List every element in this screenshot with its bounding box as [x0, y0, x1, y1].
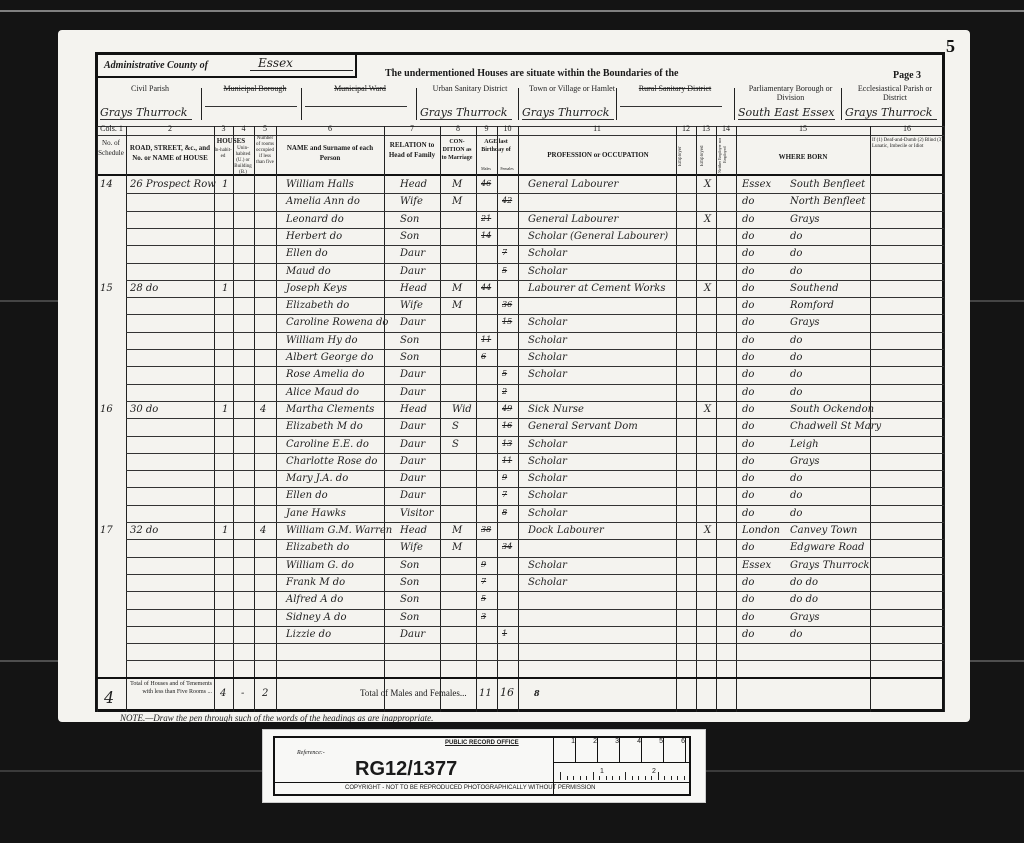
occupation: Scholar — [528, 369, 567, 380]
schedule-number: 17 — [100, 525, 113, 536]
row-divider — [126, 626, 944, 627]
ruler-tick — [580, 776, 581, 780]
district-value — [205, 106, 297, 107]
person-name: Elizabeth do — [286, 542, 349, 553]
district-value: Grays Thurrock — [845, 106, 937, 120]
ruler-cm-mark: 4 — [620, 738, 642, 762]
relation-to-head: Daur — [400, 266, 425, 277]
header-road: ROAD, STREET, &c., and No. or NAME of HO… — [128, 143, 212, 163]
relation-to-head: Daur — [400, 629, 425, 640]
birth-county: do — [742, 300, 754, 311]
row-divider — [126, 453, 944, 454]
birth-place: do — [790, 352, 802, 363]
occupation: General Labourer — [528, 179, 618, 190]
header-schedule: No. of Schedule — [98, 138, 124, 158]
district-value: Grays Thurrock — [522, 106, 614, 120]
birth-place: do — [790, 387, 802, 398]
birth-place: do do — [790, 577, 818, 588]
marital-condition: M — [452, 525, 462, 536]
district-divider — [416, 88, 417, 120]
district-value — [305, 106, 407, 107]
occupation: Dock Labourer — [528, 525, 604, 536]
occupation: Labourer at Cement Works — [528, 283, 665, 294]
district-divider — [616, 88, 617, 120]
relation-to-head: Head — [400, 283, 427, 294]
employed-mark: X — [704, 283, 711, 294]
person-name: Charlotte Rose do — [286, 456, 377, 467]
measurement-ruler: 12345612 — [553, 738, 690, 794]
ruler-tick — [606, 776, 607, 780]
ruler-tick — [593, 772, 594, 780]
ruler-tick — [619, 776, 620, 780]
total-uninhabited: - — [241, 688, 244, 699]
row-divider — [126, 574, 944, 575]
birth-county: do — [742, 594, 754, 605]
header-females: Females — [497, 166, 517, 171]
column-number: 15 — [736, 124, 870, 133]
film-scratch-line — [0, 10, 1024, 12]
ruler-cm-mark: 3 — [598, 738, 620, 762]
birth-county: do — [742, 490, 754, 501]
female-age: 1 — [502, 629, 507, 638]
occupation: Scholar — [528, 352, 567, 363]
header-infirmity: If (1) Deaf-and-Dumb (2) Blind (3) Lunat… — [872, 138, 944, 150]
column-number: 3 — [214, 124, 233, 133]
relation-to-head: Son — [400, 560, 419, 571]
birth-place: Grays — [790, 214, 820, 225]
employed-mark: X — [704, 214, 711, 225]
person-name: Mary J.A. do — [286, 473, 348, 484]
ruler-inch-mark: 1 — [600, 768, 604, 775]
relation-to-head: Daur — [400, 490, 425, 501]
ruler-tick — [671, 776, 672, 780]
person-name: William G.M. Warren — [286, 525, 392, 536]
reference-slip: PUBLIC RECORD OFFICE Reference:- RG12/13… — [262, 729, 706, 803]
row-divider — [126, 384, 944, 385]
header-age: AGE last Birthday of — [476, 138, 516, 154]
district-value: South East Essex — [738, 106, 835, 120]
birth-county: do — [742, 629, 754, 640]
column-number: Cols. 1 — [97, 124, 126, 133]
road-address: 26 Prospect Row — [130, 179, 216, 190]
total-mf-label: Total of Males and Females... — [360, 688, 467, 698]
page-label: Page 3 — [893, 70, 921, 81]
birth-county: do — [742, 421, 754, 432]
birth-place: do — [790, 335, 802, 346]
occupation: Scholar — [528, 473, 567, 484]
person-name: Albert George do — [286, 352, 373, 363]
total-mark: 8 — [534, 688, 540, 698]
instructions-note: NOTE.—Draw the pen through such of the w… — [120, 713, 433, 723]
female-age: 36 — [502, 300, 512, 309]
relation-to-head: Daur — [400, 317, 425, 328]
male-age: 44 — [481, 283, 491, 292]
birth-county: do — [742, 335, 754, 346]
male-age: 11 — [481, 335, 491, 344]
marital-condition: M — [452, 542, 462, 553]
reference-label: Reference:- — [297, 750, 325, 756]
marital-condition: Wid — [452, 404, 472, 415]
district-divider — [518, 88, 519, 120]
birth-county: do — [742, 266, 754, 277]
male-age: 3 — [481, 612, 486, 621]
occupation: Scholar — [528, 317, 567, 328]
birth-place: do — [790, 490, 802, 501]
district-label: Town or Village or Hamlet — [522, 84, 622, 93]
female-age: 2 — [502, 387, 507, 396]
ruler-tick — [599, 776, 600, 780]
district-label: Parliamentary Borough or Division — [738, 84, 843, 102]
column-number: 10 — [497, 124, 518, 133]
row-divider — [126, 366, 944, 367]
person-name: Sidney A do — [286, 612, 346, 623]
schedule-number: 15 — [100, 283, 113, 294]
female-age: 7 — [502, 490, 507, 499]
marital-condition: M — [452, 179, 462, 190]
district-value: Grays Thurrock — [420, 106, 512, 120]
ruler-tick — [658, 772, 659, 780]
birth-place: Edgware Road — [790, 542, 864, 553]
relation-to-head: Son — [400, 352, 419, 363]
person-name: William Halls — [286, 179, 354, 190]
ruler-tick — [560, 772, 561, 780]
person-name: Maud do — [286, 266, 331, 277]
birth-county: do — [742, 542, 754, 553]
person-name: Elizabeth M do — [286, 421, 363, 432]
female-age: 42 — [502, 196, 512, 205]
person-name: Leonard do — [286, 214, 344, 225]
female-age: 5 — [502, 369, 507, 378]
row-divider — [126, 557, 944, 558]
ruler-cm-mark: 5 — [642, 738, 664, 762]
row-divider — [126, 505, 944, 506]
birth-place: do — [790, 473, 802, 484]
header-employer: Employer — [676, 140, 694, 172]
header-rooms: Number of rooms occupied if less than fi… — [255, 136, 275, 166]
column-divider — [944, 126, 945, 712]
male-age: 38 — [481, 525, 491, 534]
person-name: Elizabeth do — [286, 300, 349, 311]
row-divider — [126, 418, 944, 419]
birth-county: do — [742, 577, 754, 588]
female-age: 15 — [502, 317, 512, 326]
ruler-cm-mark: 1 — [554, 738, 576, 762]
birth-county: do — [742, 214, 754, 225]
column-number: 6 — [276, 124, 384, 133]
birth-county: Essex — [742, 560, 771, 571]
header-houses: HOUSES — [214, 136, 248, 146]
column-number: 16 — [870, 124, 944, 133]
header-name: NAME and Surname of each Person — [280, 143, 380, 163]
marital-condition: M — [452, 300, 462, 311]
birth-county: do — [742, 612, 754, 623]
birth-county: do — [742, 456, 754, 467]
relation-to-head: Son — [400, 577, 419, 588]
row-divider — [126, 193, 944, 194]
row-divider — [126, 245, 944, 246]
column-number: 9 — [476, 124, 497, 133]
person-name: Joseph Keys — [286, 283, 347, 294]
occupation: Scholar — [528, 577, 567, 588]
row-divider — [126, 643, 944, 644]
row-divider — [126, 228, 944, 229]
birth-county: do — [742, 369, 754, 380]
female-age: 49 — [502, 404, 512, 413]
birth-county: do — [742, 196, 754, 207]
ruler-cm-mark: 2 — [576, 738, 598, 762]
female-age: 13 — [502, 439, 512, 448]
row-divider — [126, 332, 944, 333]
occupation: Scholar — [528, 490, 567, 501]
header-males: Males — [476, 166, 496, 171]
relation-to-head: Daur — [400, 456, 425, 467]
row-divider — [126, 211, 944, 212]
occupation: Scholar — [528, 439, 567, 450]
total-females: 16 — [500, 686, 514, 699]
birth-county: do — [742, 248, 754, 259]
row-divider — [126, 660, 944, 661]
birth-county: do — [742, 231, 754, 242]
total-rooms: 2 — [262, 688, 268, 699]
row-divider — [126, 401, 944, 402]
employed-mark: X — [704, 404, 711, 415]
ruler-tick — [612, 776, 613, 780]
person-name: William Hy do — [286, 335, 358, 346]
person-name: Ellen do — [286, 248, 328, 259]
inhabited-count: 1 — [222, 404, 228, 415]
person-name: Alice Maud do — [286, 387, 359, 398]
column-number: 13 — [696, 124, 716, 133]
occupation: Scholar — [528, 456, 567, 467]
row-divider — [126, 314, 944, 315]
divider — [97, 174, 944, 176]
ruler-inch-mark: 2 — [652, 768, 656, 775]
road-address: 30 do — [130, 404, 158, 415]
total-inhabited: 4 — [220, 688, 226, 699]
ruler-tick — [677, 776, 678, 780]
ruler-tick — [651, 776, 652, 780]
folio-number: 5 — [946, 36, 955, 57]
female-age: 16 — [502, 421, 512, 430]
header-relation: RELATION to Head of Family — [384, 140, 440, 160]
birth-county: do — [742, 283, 754, 294]
relation-to-head: Daur — [400, 248, 425, 259]
male-age: 46 — [481, 179, 491, 188]
occupation: Scholar — [528, 266, 567, 277]
row-divider — [126, 609, 944, 610]
birth-place: do — [790, 248, 802, 259]
male-age: 5 — [481, 594, 486, 603]
occupation: Scholar — [528, 248, 567, 259]
row-divider — [126, 263, 944, 264]
relation-to-head: Son — [400, 612, 419, 623]
male-age: 6 — [481, 352, 486, 361]
marital-condition: S — [452, 421, 459, 432]
admin-county-value: Essex — [250, 56, 353, 71]
road-address: 32 do — [130, 525, 158, 536]
column-number: 7 — [384, 124, 440, 133]
district-label: Municipal Ward — [305, 84, 415, 93]
column-number: 14 — [716, 124, 736, 133]
column-divider — [97, 126, 98, 712]
birth-county: do — [742, 317, 754, 328]
person-name: Amelia Ann do — [286, 196, 360, 207]
row-divider — [126, 436, 944, 437]
birth-place: Grays — [790, 612, 820, 623]
relation-to-head: Head — [400, 404, 427, 415]
relation-to-head: Head — [400, 179, 427, 190]
relation-to-head: Wife — [400, 300, 423, 311]
column-number: 8 — [440, 124, 476, 133]
ruler-tick — [632, 776, 633, 780]
occupation: Scholar — [528, 335, 567, 346]
divider — [97, 677, 944, 679]
intro-text: The undermentioned Houses are situate wi… — [385, 68, 678, 79]
female-age: 5 — [502, 266, 507, 275]
birth-place: Grays Thurrock — [790, 560, 869, 571]
female-age: 8 — [502, 508, 507, 517]
male-age: 7 — [481, 577, 486, 586]
district-label: Civil Parish — [100, 84, 200, 93]
occupation: Scholar — [528, 560, 567, 571]
rooms-count: 4 — [260, 404, 266, 415]
person-name: William G. do — [286, 560, 354, 571]
relation-to-head: Son — [400, 214, 419, 225]
birth-place: do — [790, 266, 802, 277]
female-age: 7 — [502, 248, 507, 257]
birth-place: Grays — [790, 317, 820, 328]
female-age: 34 — [502, 542, 512, 551]
birth-place: do — [790, 369, 802, 380]
occupation: Scholar — [528, 508, 567, 519]
district-divider — [841, 88, 842, 120]
header-inhabited: In-habit-ed — [214, 148, 232, 160]
district-value — [620, 106, 722, 107]
divider — [554, 762, 690, 763]
birth-place: Romford — [790, 300, 834, 311]
ruler-tick — [638, 776, 639, 780]
header-employed: Employed — [698, 140, 716, 172]
occupation: Scholar (General Labourer) — [528, 231, 668, 242]
ruler-tick — [645, 776, 646, 780]
district-divider — [301, 88, 302, 120]
admin-county-label: Administrative County of — [104, 60, 208, 71]
row-divider — [126, 487, 944, 488]
reference-code: RG12/1377 — [355, 758, 457, 781]
schedule-number: 16 — [100, 404, 113, 415]
birth-place: do — [790, 508, 802, 519]
row-divider — [126, 591, 944, 592]
person-name: Lizzie do — [286, 629, 331, 640]
birth-place: do — [790, 231, 802, 242]
column-number: 2 — [126, 124, 214, 133]
ruler-tick — [684, 776, 685, 780]
relation-to-head: Son — [400, 594, 419, 605]
birth-place: Southend — [790, 283, 839, 294]
male-age: 14 — [481, 231, 491, 240]
person-name: Caroline Rowena do — [286, 317, 388, 328]
district-label: Urban Sanitary District — [420, 84, 520, 93]
birth-county: Essex — [742, 179, 771, 190]
relation-to-head: Daur — [400, 439, 425, 450]
row-divider — [126, 349, 944, 350]
ruler-cm-mark: 6 — [664, 738, 686, 762]
birth-county: do — [742, 508, 754, 519]
relation-to-head: Head — [400, 525, 427, 536]
district-label: Rural Sanitary District — [620, 84, 730, 93]
row-divider — [126, 539, 944, 540]
person-name: Ellen do — [286, 490, 328, 501]
occupation: Sick Nurse — [528, 404, 584, 415]
column-number: 12 — [676, 124, 696, 133]
birth-county: do — [742, 473, 754, 484]
birth-county: do — [742, 387, 754, 398]
birth-county: do — [742, 352, 754, 363]
rooms-count: 4 — [260, 525, 266, 536]
relation-to-head: Son — [400, 231, 419, 242]
female-age: 9 — [502, 473, 507, 482]
header-neither: Neither Employer nor Employed — [717, 137, 735, 173]
birth-place: Canvey Town — [790, 525, 857, 536]
marital-condition: M — [452, 196, 462, 207]
birth-place: Chadwell St Mary — [790, 421, 881, 432]
row-divider — [126, 522, 944, 523]
birth-place: South Benfleet — [790, 179, 865, 190]
marital-condition: S — [452, 439, 459, 450]
birth-county: do — [742, 404, 754, 415]
ruler-tick — [567, 776, 568, 780]
ruler-tick — [664, 776, 665, 780]
row-divider — [126, 470, 944, 471]
row-divider — [126, 280, 944, 281]
relation-to-head: Son — [400, 335, 419, 346]
occupation: General Labourer — [528, 214, 618, 225]
relation-to-head: Daur — [400, 421, 425, 432]
marital-condition: M — [452, 283, 462, 294]
ruler-tick — [625, 772, 626, 780]
district-value: Grays Thurrock — [100, 106, 192, 120]
relation-to-head: Daur — [400, 473, 425, 484]
relation-to-head: Daur — [400, 387, 425, 398]
total-houses-count: 4 — [104, 688, 114, 707]
district-divider — [201, 88, 202, 120]
person-name: Rose Amelia do — [286, 369, 364, 380]
person-name: Martha Clements — [286, 404, 374, 415]
person-name: Frank M do — [286, 577, 345, 588]
header-born: WHERE BORN — [738, 152, 868, 162]
row-divider — [126, 297, 944, 298]
column-number: 4 — [233, 124, 254, 133]
ruler-tick — [573, 776, 574, 780]
male-age: 21 — [481, 214, 491, 223]
relation-to-head: Wife — [400, 196, 423, 207]
relation-to-head: Visitor — [400, 508, 433, 519]
person-name: Herbert do — [286, 231, 342, 242]
ruler-tick — [586, 776, 587, 780]
header-condition: CON-DITION as to Marriage — [440, 138, 474, 162]
birth-place: South Ockendon — [790, 404, 874, 415]
birth-place: Leigh — [790, 439, 819, 450]
birth-place: do — [790, 629, 802, 640]
header-occupation: PROFESSION or OCCUPATION — [520, 150, 676, 160]
relation-to-head: Wife — [400, 542, 423, 553]
header-uninhabited: Unin-habited (U.) or Building (B.) — [233, 146, 253, 176]
birth-county: London — [742, 525, 780, 536]
relation-to-head: Daur — [400, 369, 425, 380]
reference-box: PUBLIC RECORD OFFICE Reference:- RG12/13… — [273, 736, 691, 796]
district-label: Municipal Borough — [205, 84, 305, 93]
total-males: 11 — [479, 688, 492, 699]
